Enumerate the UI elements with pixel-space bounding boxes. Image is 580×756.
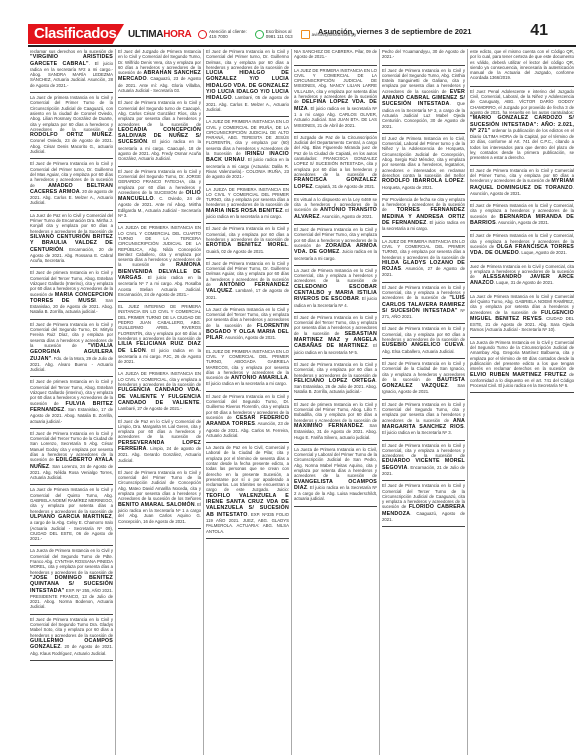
legal-notice: La Juez de Primera Instancia en lo Civil… — [294, 268, 377, 313]
legal-notice: El Juez de Primera Instancia en lo Civil… — [118, 470, 201, 529]
dateline: Asunción, viernes 3 de septiembre de 202… — [318, 27, 471, 36]
legal-notice: LA JUEZ DE PRIMERA INSTANCIA EN LO CIVIL… — [382, 239, 465, 283]
legal-notice: reclamar sus derechos en la sucesión de … — [30, 49, 113, 93]
legal-notice: LA JUEZA DE PRIMERA INSTANCIA EN LO CIVI… — [118, 225, 201, 302]
deceased-name: EROTIDA BENITEZ MOREL — [206, 242, 288, 248]
legal-notice: El Juez de Primera Instancia en lo Civil… — [382, 443, 465, 482]
column-2: El Juez del Juzgado de Primera Instancia… — [116, 49, 204, 755]
legal-notice: El Juez de Primera Instancia en lo Civil… — [294, 362, 377, 400]
column-5: Pedro del Ycuamandyyu, 30 de Agosto de 2… — [380, 49, 468, 755]
deceased-name: MAXIMINO FERNANDEZ — [294, 423, 363, 429]
legal-notice: Por Providencia de fecha se cita y empla… — [382, 197, 465, 237]
legal-notice: El Juez de Paz en lo Civil y Comercial d… — [118, 419, 201, 468]
legal-notice: LA JUEZA DE PRIMERA INSTANCIA EN LO CIVI… — [206, 187, 289, 225]
legal-notice: NIA SANCHEZ DE CABRERA. Pilar, 09 de Ago… — [294, 49, 377, 66]
classifieds-page: Clasificados ULTIMAHORA Atención al clie… — [28, 24, 580, 756]
legal-notice: LA JUEZ DE PRIMERA INSTANCIA EN LO CIVIL… — [294, 68, 377, 133]
deceased-name: RODOLFO ORTIZ MUÑEZ — [30, 132, 112, 138]
legal-notice: El Juez de Primera Instancia en lo Civil… — [30, 322, 113, 378]
legal-notice: EL JUEZ INTERINO DE PRIMERA INSTANCIA EN… — [118, 304, 201, 369]
deceased-name: MARIA INES ROSA BENITEZ — [206, 208, 283, 214]
legal-notice: El Juez de Primera Instancia en lo Civil… — [294, 227, 377, 266]
page-number: 41 — [530, 22, 548, 40]
legal-notice: La Juez de Primera Instancia en lo Civil… — [470, 294, 574, 338]
newspaper-logo: ULTIMAHORA — [128, 29, 188, 40]
deceased-name: BENITO AMARAL SALOMÓN — [118, 502, 195, 508]
legal-notice: este edicto, que el mismo cuenta con el … — [470, 49, 574, 87]
legal-notice: La Jueza de Primera Instancia en lo Civi… — [30, 548, 113, 614]
legal-notice: El Juez de primera Instancia en lo Civil… — [294, 402, 377, 445]
column-1: reclamar sus derechos en la sucesión de … — [28, 49, 116, 755]
page-header: Clasificados ULTIMAHORA Atención al clie… — [28, 24, 580, 44]
header-rule — [28, 45, 576, 47]
legal-notice: El Juez de Primera Instancia en lo Civil… — [382, 402, 465, 441]
legal-notice: El Juez de Primera Instancia en lo Civil… — [118, 100, 201, 166]
legal-notice: El Juez de primera Instancia en lo Civil… — [30, 379, 113, 428]
legal-notice: La Juez de Primera Instancia en lo Civil… — [206, 307, 289, 347]
deceased-name: ULPIANO GARCIA MARTINEZ — [30, 514, 112, 520]
column-6: este edicto, que el mismo cuenta con el … — [468, 49, 576, 755]
mail-icon — [301, 30, 310, 39]
deceased-name: FULGENCIA CANDADO VDA. DE VALIENTE Y FUL… — [118, 387, 201, 406]
legal-notice: El Juez de Primera Instancia en lo Civil… — [294, 315, 377, 360]
phone-icon — [198, 30, 207, 39]
legal-notice: El Juez de Primera Instancia en lo Civil… — [382, 136, 465, 195]
deceased-name: FELICIANO LOPEZ ORTEGA — [294, 378, 376, 384]
legal-notice: La Juez de Primera Instancia en lo Civil… — [30, 487, 113, 546]
legal-notice: El Juez de Primera Instancia en lo Civil… — [470, 168, 574, 201]
deceased-name: RODOLFO IBARROLA LOPEZ — [382, 178, 464, 184]
legal-notice: La Juez de Paz en lo Civil y Comercial d… — [30, 213, 113, 269]
legal-notice: La Jueza de Primera Instancia en lo Civi… — [294, 447, 377, 507]
legal-notice: El Juez Penal Adolescente e interino del… — [470, 89, 574, 166]
legal-notice: El Juez de Primera Instancia en lo Civil… — [206, 49, 289, 117]
legal-notice: EL JUEZ DE PRIMERA INSTANCIA EN LO CIVIL… — [206, 349, 289, 392]
deceased-name: ANTONIO AMARILLA — [231, 375, 288, 381]
legal-notice: El Juez de Primera Instancia en lo Civil… — [206, 226, 289, 258]
legal-notice: Juez de Primera Instancia en lo Civil y … — [470, 264, 574, 292]
legal-notice: El Juez de Primera Instancia en lo Civil… — [206, 261, 289, 305]
section-title: Clasificados — [28, 24, 124, 44]
column-4: NIA SANCHEZ DE CABRERA. Pilar, 09 de Ago… — [292, 49, 380, 755]
legal-notice: El Juez de Primera Instancia en lo Civil… — [382, 68, 465, 134]
legal-notice: El Juez de Primera Instancia en lo Civil… — [206, 394, 289, 443]
contact-phone: Atención al cliente:415 7000 — [198, 29, 247, 39]
legal-notice: El Juez de primera Instancia en lo Civil… — [30, 270, 113, 319]
legal-notice: El Juzgado de Paz de la Circunscripción … — [294, 135, 377, 195]
contact-whatsapp: Escríbinos al0981 111 013 — [255, 29, 293, 39]
legal-notice: El Juez de Primera Instancia en lo Civil… — [30, 161, 113, 210]
legal-notice: La Juez de primera Instancia en lo Civil… — [30, 95, 113, 159]
whatsapp-icon — [255, 30, 264, 39]
legal-notice: El Juez de Primera Instancia en lo Civil… — [118, 169, 201, 224]
legal-notice: Pedro del Ycuamandyyu, 30 de Agosto de 2… — [382, 49, 465, 66]
legal-notice: LA JUEZ DE PRIMERA INSTANCIA EN LO CIVIL… — [206, 119, 289, 184]
legal-notice: El Juez de Primera Instancia en lo Civil… — [382, 483, 465, 527]
legal-notice: El Juez de Primera Instancia en lo Civil… — [382, 285, 465, 325]
column-3: El Juez de Primera Instancia en lo Civil… — [204, 49, 292, 755]
legal-notice: El Juez de Primera Instancia en lo Civil… — [382, 361, 465, 400]
legal-notice: La Jueza de Paz en lo Civil, Comercial y… — [206, 445, 289, 539]
legal-notice: El Juez de Primera Instancia en lo Civil… — [470, 233, 574, 261]
legal-notice: El Juez de Primera Instancia en lo Civil… — [30, 431, 113, 486]
legal-notice: El Juez del Juzgado de Primera Instancia… — [118, 49, 201, 98]
deceased-name: EUSEBIO ANGELICO CUEVA — [382, 342, 464, 348]
legal-notice: El Juez de Primera Instancia en lo Civil… — [382, 326, 465, 358]
legal-notice: El Juez de Primera Instancia en lo Civil… — [470, 203, 574, 231]
legal-notice: Es virtual a lo dispuesto en la Ley 6469… — [294, 197, 377, 225]
legal-notice: La Jueza de Primera Instancia en lo Civi… — [470, 340, 574, 394]
legal-notice: LA JUEZA DE PRIMERA INSTANCIA EN LO CIVI… — [118, 371, 201, 416]
legal-notice: El Juez de Primera Instancia en lo Civil… — [30, 617, 113, 661]
notice-columns: reclamar sus derechos en la sucesión de … — [28, 49, 576, 755]
deceased-name: ELVIO RUBEN MARTINEZ FRUTEZ — [470, 372, 567, 378]
